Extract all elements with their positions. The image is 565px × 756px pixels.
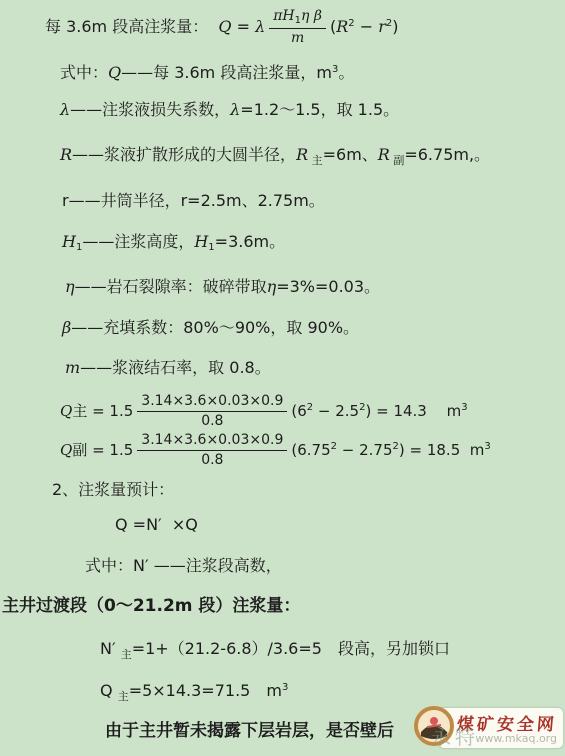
line-calculation-Q-main-total: Q 主=5×14.3=71.5 m3 [0,681,565,703]
line-definition-m: m——浆液结石率，取 0.8。 [0,358,565,377]
line-definition-H1: H1——注浆高度，H1=3.6m。 [0,232,565,254]
line-calculation-Q-main: Q主 = 1.53.14×3.6×0.03×0.90.8(62 − 2.52) … [0,393,565,430]
line-heading-section-formula: 每 3.6m 段高注浆量： Q = λπH1η βm(R2 − r2) [0,0,565,47]
line-definition-eta: η——岩石裂隙率：破碎带取η=3%=0.03。 [0,277,565,296]
line-heading-prediction: 2、注浆量预计： [0,480,565,499]
watermark-badge: 永特 煤矿安全网 www.mkaq.org [415,706,565,750]
line-definition-N: 式中：N′ ——注浆段高数， [0,556,565,575]
line-definition-R: R——浆液扩散形成的大圆半径，R 主=6m、R 副=6.75m,。 [0,145,565,167]
line-definition-Q: 式中：Q——每 3.6m 段高注浆量，m3。 [0,63,565,82]
document-page: 每 3.6m 段高注浆量： Q = λπH1η βm(R2 − r2) 式中：Q… [0,0,565,756]
line-definition-r: r——井筒半径，r=2.5m、2.75m。 [0,191,565,210]
line-formula-prediction: Q =N′ ×Q [0,515,565,534]
line-calculation-N-main: N′ 主=1+（21.2-6.8）/3.6=5 段高，另加锁口 [0,639,565,661]
line-definition-beta: β——充填系数：80%～90%，取 90%。 [0,318,565,337]
watermark-underlay-text: 永特 [431,721,479,750]
line-calculation-Q-aux: Q副 = 1.53.14×3.6×0.03×0.90.8(6.752 − 2.7… [0,432,565,469]
watermark-site-url: www.mkaq.org [475,732,557,745]
line-heading-main-shaft-transition: 主井过渡段（0～21.2m 段）注浆量： [0,596,565,616]
line-definition-lambda: λ——注浆液损失系数，λ=1.2～1.5，取 1.5。 [0,100,565,119]
